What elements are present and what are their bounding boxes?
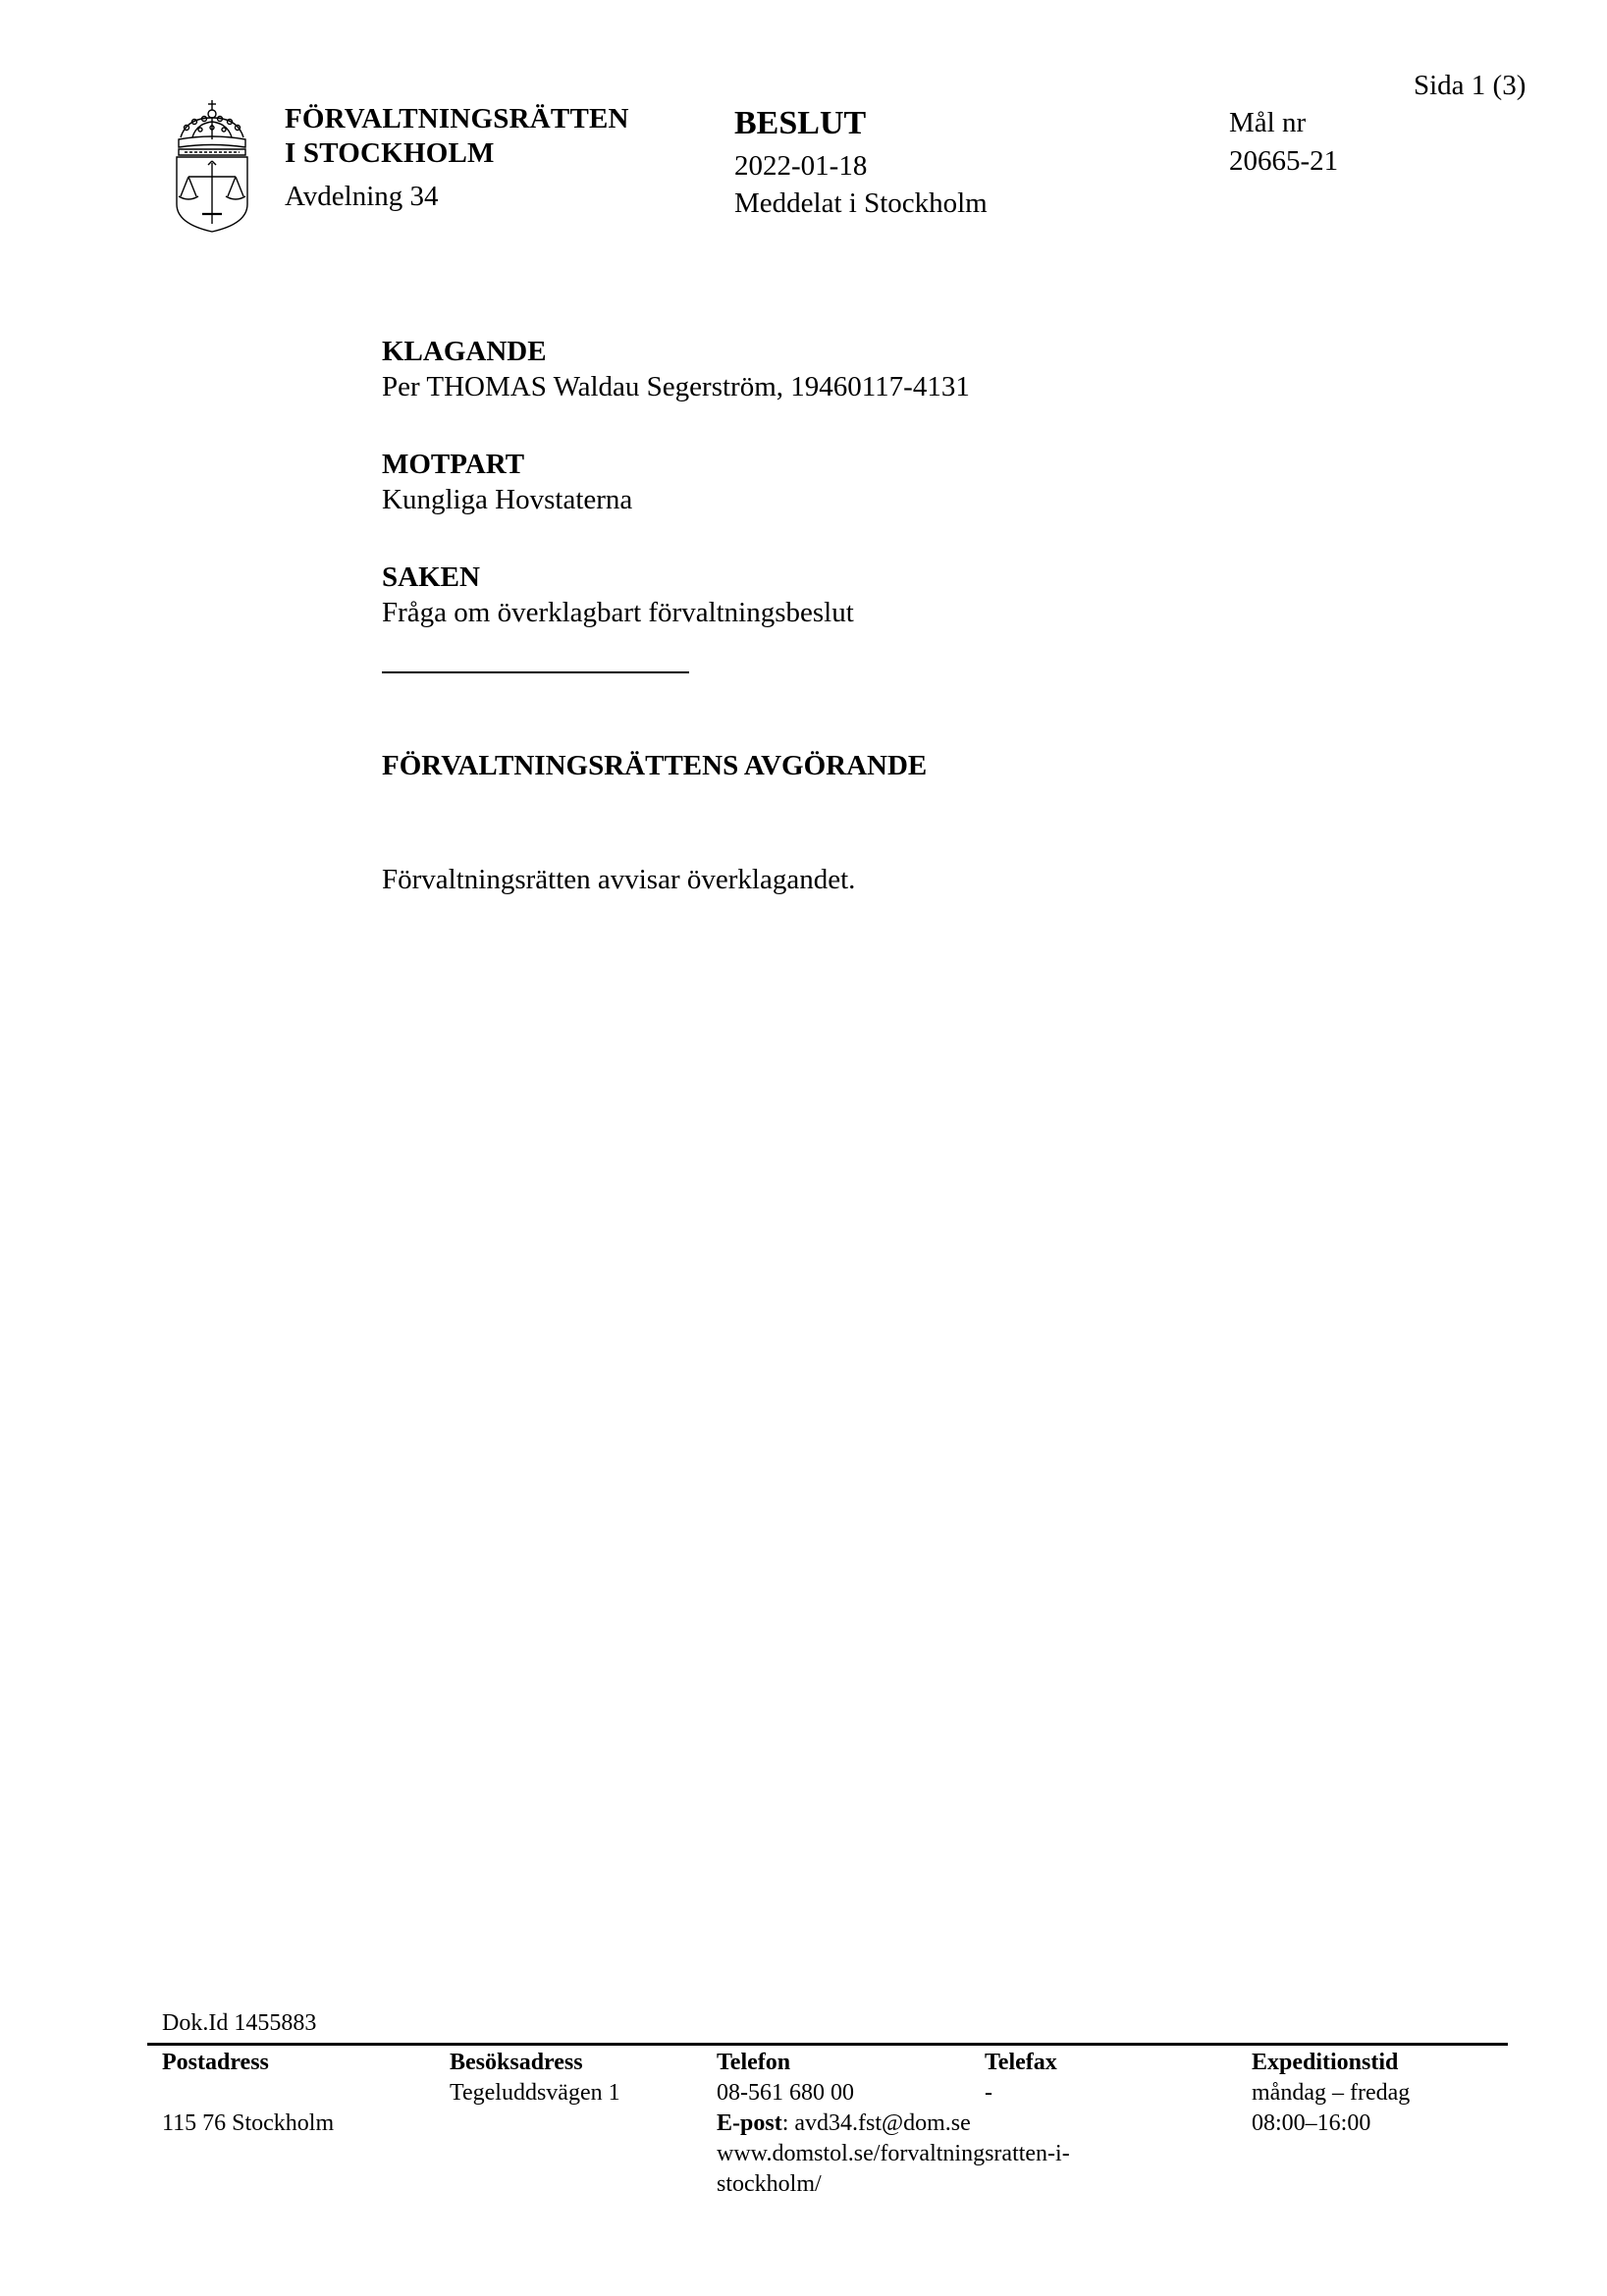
case-number-label: Mål nr (1229, 104, 1306, 141)
office-hours-heading: Expeditionstid (1252, 2048, 1410, 2078)
website-line1[interactable]: www.domstol.se/forvaltningsratten-i- (717, 2139, 1129, 2169)
fax-heading: Telefax (985, 2048, 1057, 2078)
document-place: Meddelat i Stockholm (734, 185, 988, 222)
office-hours-days: måndag – fredag (1252, 2078, 1410, 2109)
footer-phone: Telefon 08-561 680 00 E-post: avd34.fst@… (717, 2048, 1129, 2200)
office-hours-time: 08:00–16:00 (1252, 2109, 1410, 2139)
footer-office-hours: Expeditionstid måndag – fredag 08:00–16:… (1252, 2048, 1410, 2139)
section-divider (382, 671, 689, 673)
footer-postal-address: Postadress 115 76 Stockholm (162, 2048, 334, 2139)
email-line: E-post: avd34.fst@dom.se (717, 2109, 1129, 2139)
motpart-text: Kungliga Hovstaterna (382, 482, 632, 517)
postal-address-value: 115 76 Stockholm (162, 2109, 334, 2139)
footer-divider (147, 2043, 1508, 2046)
email-address[interactable]: avd34.fst@dom.se (794, 2110, 970, 2136)
fax-value: - (985, 2078, 1057, 2109)
court-emblem-icon (173, 98, 251, 236)
postal-address-heading: Postadress (162, 2048, 334, 2078)
footer-fax: Telefax - (985, 2048, 1057, 2109)
website-line2[interactable]: stockholm/ (717, 2169, 1129, 2200)
visiting-address-heading: Besöksadress (450, 2048, 620, 2078)
court-name-line2: I STOCKHOLM (285, 136, 629, 171)
saken-text: Fråga om överklagbart förvaltningsbeslut (382, 595, 854, 630)
motpart-heading: MOTPART (382, 447, 524, 482)
decision-text: Förvaltningsrätten avvisar överklagandet… (382, 862, 855, 897)
footer-visiting-address: Besöksadress Tegeluddsvägen 1 (450, 2048, 620, 2109)
document-date: 2022-01-18 (734, 147, 867, 185)
decision-heading: FÖRVALTNINGSRÄTTENS AVGÖRANDE (382, 748, 927, 783)
document-type: BESLUT (734, 104, 866, 143)
email-label: E-post (717, 2110, 782, 2136)
case-number: 20665-21 (1229, 142, 1338, 180)
page-indicator: Sida 1 (3) (1414, 67, 1526, 104)
document-id: Dok.Id 1455883 (162, 2008, 316, 2038)
klagande-heading: KLAGANDE (382, 334, 547, 369)
saken-heading: SAKEN (382, 560, 480, 595)
court-name: FÖRVALTNINGSRÄTTEN I STOCKHOLM (285, 102, 629, 171)
court-department: Avdelning 34 (285, 180, 439, 214)
phone-heading: Telefon (717, 2048, 1129, 2078)
court-name-line1: FÖRVALTNINGSRÄTTEN (285, 102, 629, 136)
phone-number: 08-561 680 00 (717, 2078, 1129, 2109)
visiting-address-value: Tegeluddsvägen 1 (450, 2078, 620, 2109)
email-separator: : (782, 2110, 795, 2136)
klagande-text: Per THOMAS Waldau Segerström, 19460117-4… (382, 369, 970, 404)
